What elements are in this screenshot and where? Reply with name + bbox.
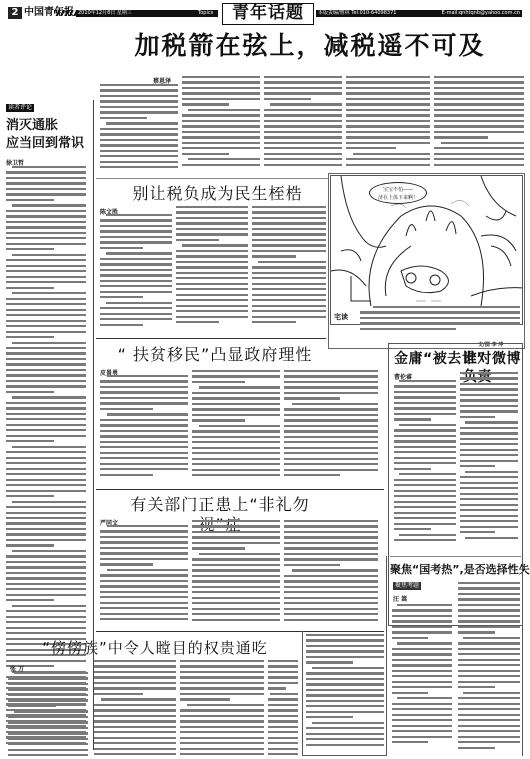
departments-rule — [96, 631, 384, 632]
poverty-rule — [96, 489, 384, 490]
sidebar-title-line1: 消灭通胀 — [6, 117, 86, 135]
right-column-col-2 — [460, 372, 518, 550]
departments-col-3 — [284, 520, 378, 625]
date-bar: 2010年12月8日 星期三 — [76, 10, 218, 17]
right-column-col-1 — [394, 380, 456, 550]
exam-byline: 汪 嵩 — [393, 594, 407, 603]
main-story-col-5 — [434, 76, 524, 170]
exam-tag: 聚焦考题 — [393, 582, 421, 590]
contact-bar: 本版责编/曹林 Tel:010-64098371 E-mail:qnhtqnb@… — [316, 10, 522, 17]
page-number: 2 — [8, 7, 22, 19]
tax-burden-col-2 — [176, 206, 248, 330]
tax-burden-col-3 — [252, 206, 326, 330]
topics-label: Topics — [198, 10, 213, 17]
main-story-rule — [96, 178, 328, 179]
bangbang-col-1 — [8, 672, 88, 756]
main-story-col-4 — [346, 76, 430, 170]
departments-col-1 — [100, 525, 188, 625]
main-headline: 加税箭在弦上，减税遥不可及 — [100, 30, 520, 62]
tax-burden-rule — [96, 338, 326, 339]
right-column-rule — [390, 556, 521, 557]
main-story-col-2 — [182, 76, 260, 170]
poverty-headline: “ 扶贫移民”凸显政府理性 — [110, 345, 320, 365]
right-box-right-rule — [522, 343, 523, 756]
exam-col-2 — [458, 582, 520, 754]
bangbang-col-2 — [94, 660, 176, 756]
main-story-col-1 — [100, 84, 178, 170]
main-story-col-3 — [264, 76, 342, 170]
bangbang-headline: “傍傍族”中令人瞠目的权贵通吃 — [20, 638, 290, 658]
lower-box-col — [306, 634, 384, 752]
sidebar-title: 消灭通胀 应当回到常识 — [6, 117, 86, 153]
tax-burden-col-1 — [100, 214, 172, 330]
exam-col-1 — [392, 604, 452, 754]
sidebar-title-line2: 应当回到常识 — [6, 135, 86, 153]
bangbang-col-3 — [180, 660, 264, 756]
sidebar-tag: 读者评论 — [6, 104, 34, 112]
section-title: 青年话题 — [222, 3, 314, 25]
exam-headline: 聚焦“国考热”,是否选择性失明 — [390, 562, 525, 578]
poverty-col-3 — [284, 370, 378, 480]
hatch-decoration — [54, 10, 76, 16]
poverty-col-1 — [100, 375, 188, 480]
exam-box-left-rule — [386, 556, 387, 756]
tax-burden-headline: 别让税负成为民生桎梏 — [110, 184, 325, 204]
editor-line: 本版责编/曹林 Tel:010-64098371 — [318, 10, 396, 17]
departments-col-2 — [192, 520, 280, 625]
lower-box-left-rule — [302, 631, 303, 755]
cartoon-frame — [328, 173, 525, 349]
date-line: 2010年12月8日 星期三 — [78, 10, 132, 16]
email-line: E-mail:qnhtqnb@yahoo.com.cn — [442, 10, 520, 17]
bangbang-col-4 — [268, 660, 298, 756]
poverty-col-2 — [192, 370, 280, 480]
lower-box-bottom-rule — [302, 755, 386, 756]
